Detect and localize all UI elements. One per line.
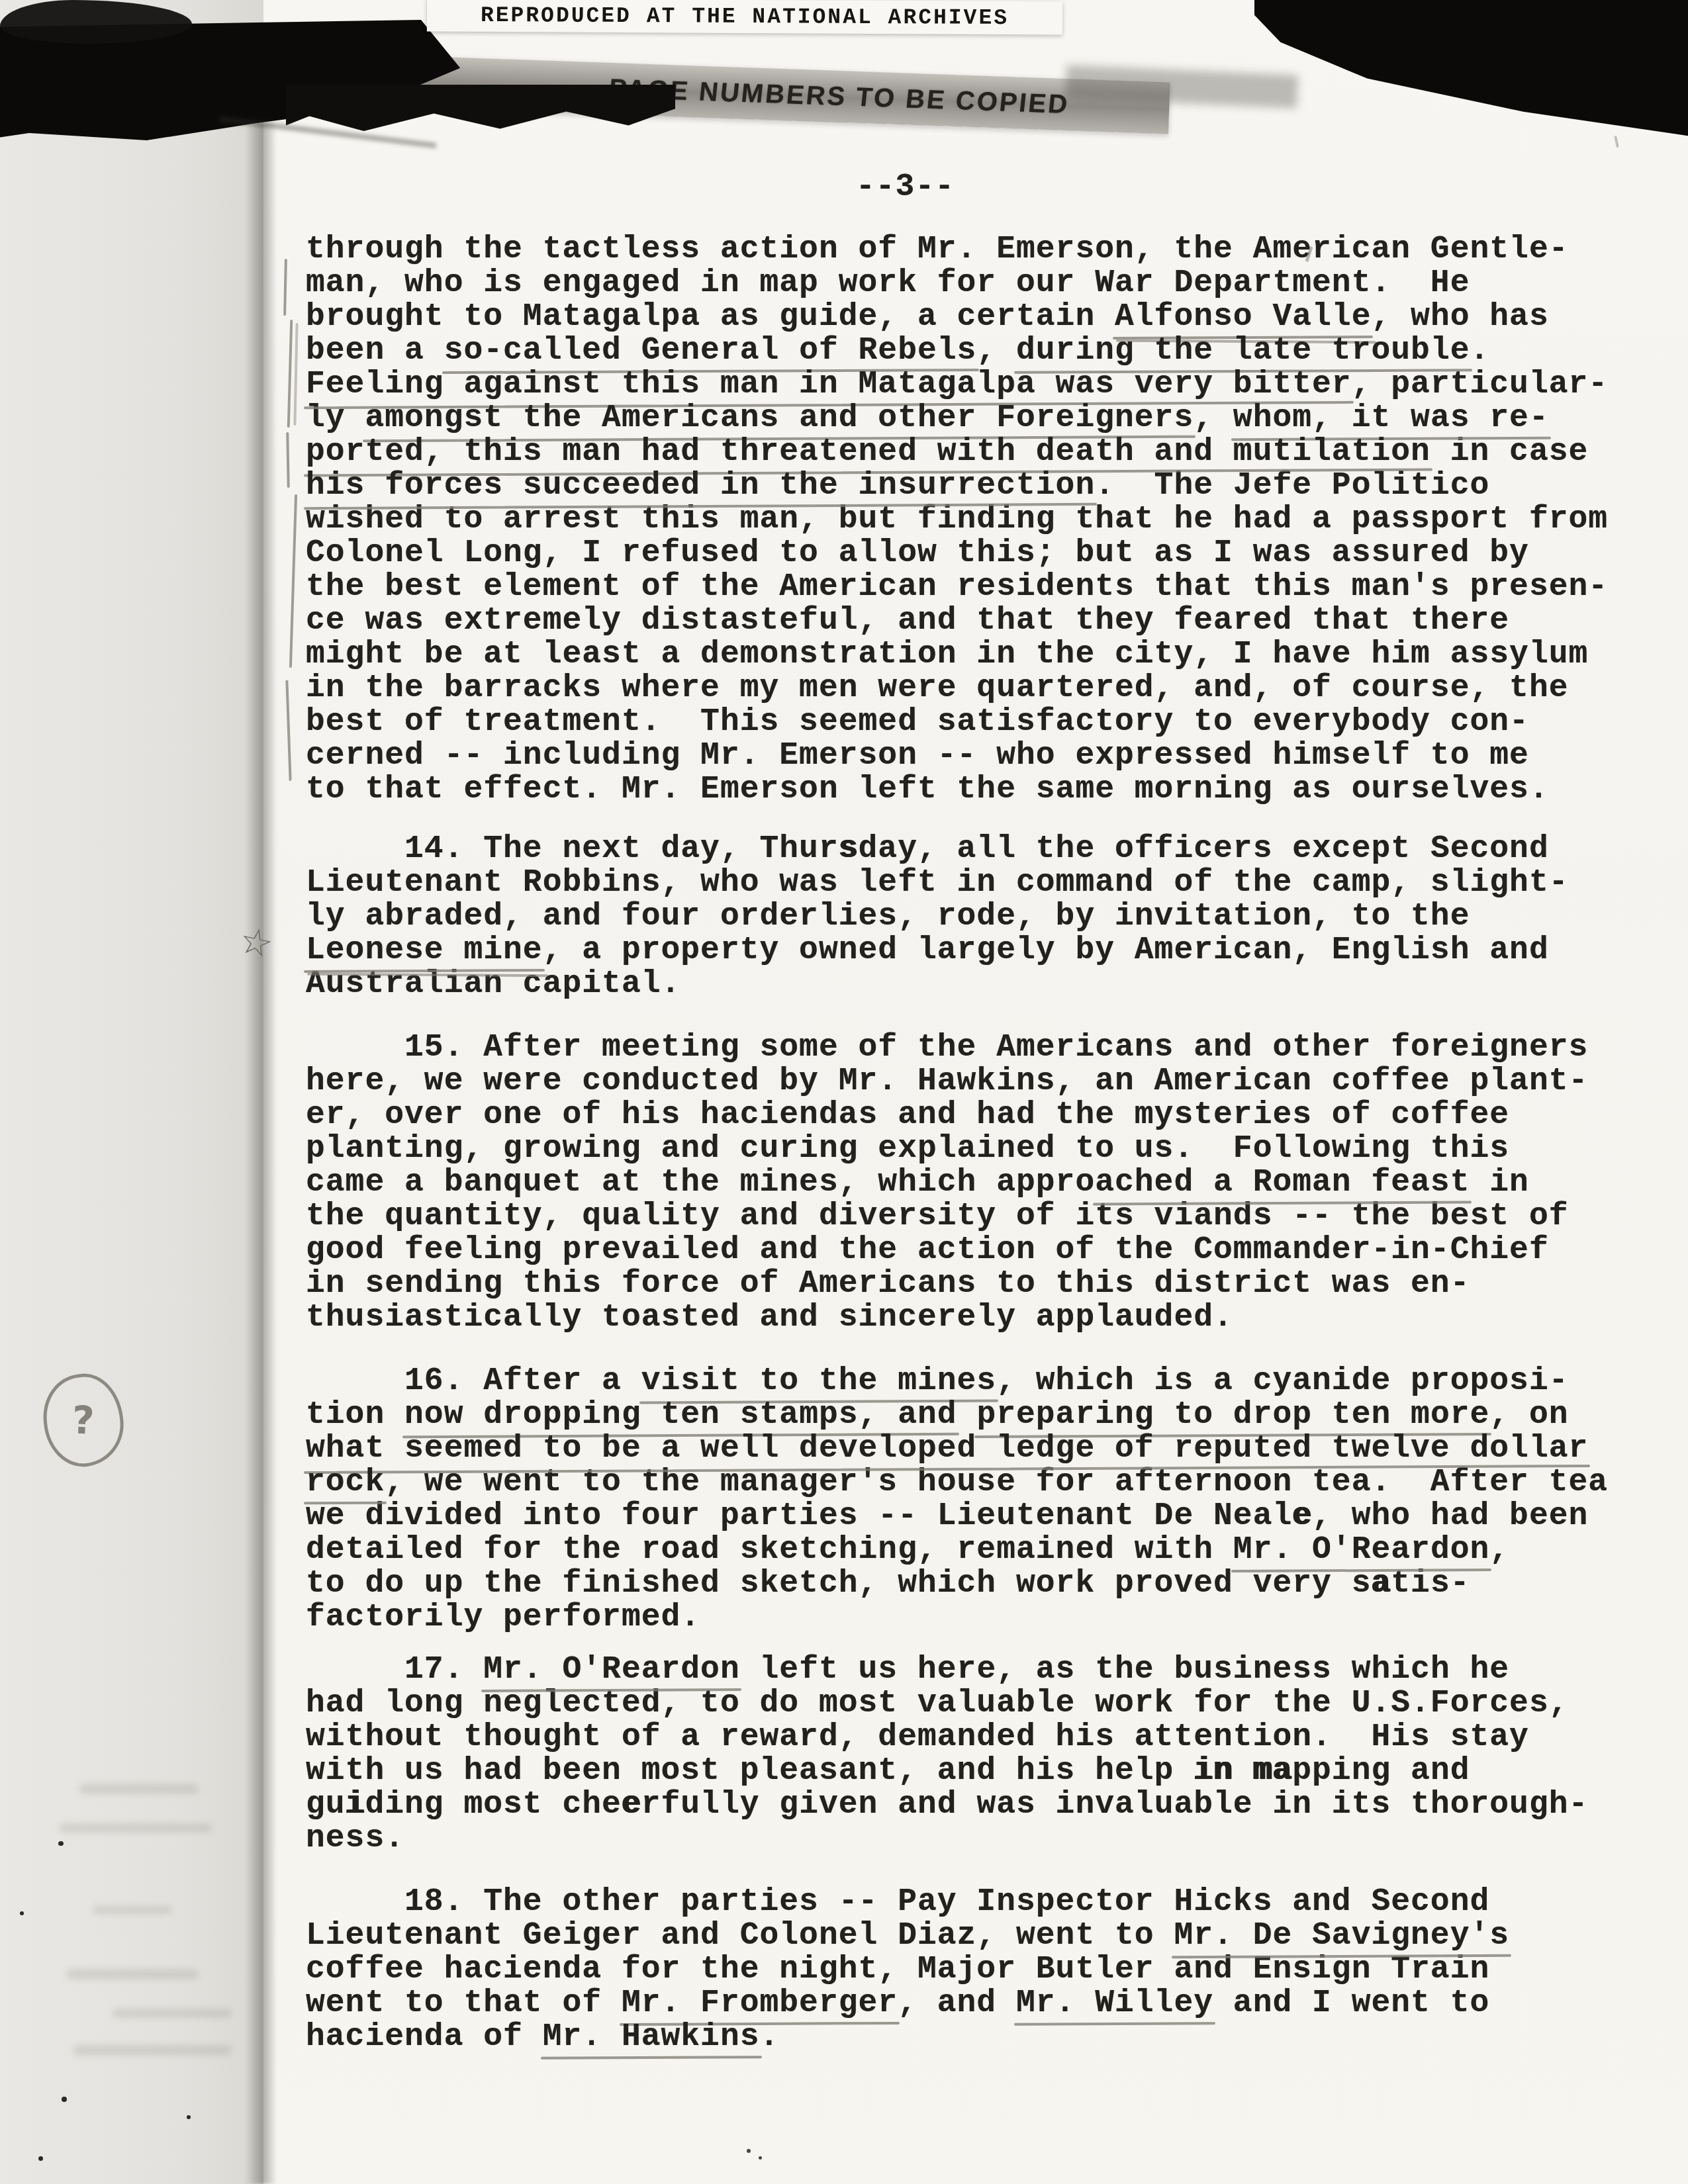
pencil-underlined-text: rock xyxy=(306,1465,385,1500)
text-line: to that effect. Mr. Emerson left the sam… xyxy=(306,773,1636,807)
text-segment: 15. After meeting some of the Americans … xyxy=(306,1030,1588,1066)
pencil-underlined-text: his forces succeeded in the insurrection xyxy=(306,468,1095,504)
text-segment: been a xyxy=(306,333,444,369)
text-line: went to that of Mr. Fromberger, and Mr. … xyxy=(306,1987,1636,2021)
text-segment: 17. xyxy=(306,1652,483,1688)
overstruck-text: s xyxy=(839,831,859,867)
pencil-underlined-text: ached a Roman feast xyxy=(1095,1165,1470,1201)
text-line: in the barracks where my men were quarte… xyxy=(306,672,1636,705)
text-line: Colonel Long, I refused to allow this; b… xyxy=(306,537,1636,570)
text-segment: without thought of a reward, demanded hi… xyxy=(306,1719,1529,1755)
text-segment: gu xyxy=(306,1787,346,1823)
text-line: 17. Mr. O'Reardon left us here, as the b… xyxy=(306,1653,1636,1687)
typed-text: through the tactless action of Mr. Emers… xyxy=(306,233,1636,2054)
bleed-through-smear xyxy=(66,1969,199,1979)
text-line: came a banquet at the mines, which appro… xyxy=(306,1166,1636,1200)
text-segment: , xyxy=(1194,400,1233,436)
overstruck-text: i xyxy=(346,1787,365,1823)
text-segment: . xyxy=(1470,333,1490,369)
text-line: Leonese mine, a property owned largely b… xyxy=(306,934,1636,968)
text-segment: here, we were conducted by Mr. Hawkins, … xyxy=(306,1064,1588,1099)
scan-speck xyxy=(187,2115,191,2119)
pencil-underlined-text: Mr. Fromberger xyxy=(622,1985,898,2021)
text-line: factorily performed. xyxy=(306,1601,1636,1635)
text-segment: left us here, as the business which he xyxy=(740,1652,1509,1688)
pencil-underlined-text: visit to the mines xyxy=(641,1363,996,1399)
text-segment: came a banquet at the mines, which appro xyxy=(306,1165,1095,1201)
text-segment: , and xyxy=(898,1985,1016,2021)
text-segment: brought to Matagalpa as guide, a certain xyxy=(306,299,1115,335)
bleed-through-smear xyxy=(79,1784,199,1794)
pencil-underlined-text: Leonese mine xyxy=(306,933,543,968)
text-segment: 18. The other parties -- Pay Inspector H… xyxy=(306,1884,1489,1920)
text-line: 14. The next day, Thursday, all the offi… xyxy=(306,833,1636,866)
text-segment: Colonel Long, I refused to allow this; b… xyxy=(306,535,1529,571)
text-line: Lieutenant Geiger and Colonel Diaz, went… xyxy=(306,1919,1636,1953)
text-line: ly abraded, and four orderlies, rode, by… xyxy=(306,900,1636,934)
paragraph: 18. The other parties -- Pay Inspector H… xyxy=(306,1886,1636,2054)
paper-edge-shadow xyxy=(245,122,277,2184)
paragraph: 15. After meeting some of the Americans … xyxy=(306,1031,1636,1335)
text-segment: planting, growing and curing explained t… xyxy=(306,1131,1509,1167)
text-line: we divided into four parties -- Lieutena… xyxy=(306,1500,1636,1533)
text-line: to do up the finished sketch, which work… xyxy=(306,1567,1636,1601)
paragraph: 17. Mr. O'Reardon left us here, as the b… xyxy=(306,1653,1636,1856)
pencil-underlined-text: preparing to drop ten more xyxy=(976,1397,1489,1433)
scanned-document-page: PAGE NUMBERS TO BE COPIED REPRODUCED AT … xyxy=(0,0,1688,2184)
text-segment xyxy=(957,1397,977,1433)
scan-speck xyxy=(759,2156,762,2160)
text-segment: rfully given and was invaluable in its t… xyxy=(641,1787,1589,1823)
text-line: 15. After meeting some of the Americans … xyxy=(306,1031,1636,1065)
text-segment: , which is a cyanide proposi- xyxy=(996,1363,1568,1399)
text-segment: , who has xyxy=(1371,299,1548,335)
text-line: planting, growing and curing explained t… xyxy=(306,1132,1636,1166)
text-segment: in sending this force of Americans to th… xyxy=(306,1266,1470,1302)
text-segment: and I went to xyxy=(1213,1985,1489,2021)
text-line: without thought of a reward, demanded hi… xyxy=(306,1721,1636,1754)
text-segment: the best element of the American residen… xyxy=(306,569,1608,605)
pencil-underlined-text: ported, this man had threatened with dea… xyxy=(306,434,1430,470)
text-segment: pping and xyxy=(1292,1753,1470,1789)
text-segment: 16. After a xyxy=(306,1363,641,1399)
page-number: --3-- xyxy=(856,169,955,205)
text-line: Feeling against this man in Matagalpa wa… xyxy=(306,368,1636,402)
bleed-through-smear xyxy=(93,1906,172,1914)
bleed-through-smear xyxy=(73,2045,232,2056)
text-segment: tion xyxy=(306,1397,404,1433)
text-line: ness. xyxy=(306,1822,1636,1856)
scan-speck xyxy=(62,2097,67,2102)
overstruck-text: e xyxy=(622,1787,641,1823)
text-line: through the tactless action of Mr. Emers… xyxy=(306,233,1636,267)
pencil-underlined-text: during the late trouble xyxy=(1016,333,1470,369)
text-segment: ding most che xyxy=(365,1787,621,1823)
text-segment: thusiastically toasted and sincerely app… xyxy=(306,1300,1233,1336)
text-segment: . The Jefe Politico xyxy=(1095,468,1489,504)
text-segment: ce was extremely distasteful, and that t… xyxy=(306,603,1509,639)
text-line: best of treatment. This seemed satisfact… xyxy=(306,705,1636,739)
text-segment: ly abraded, and four orderlies, rode, by… xyxy=(306,899,1470,934)
archives-stamp-label: REPRODUCED AT THE NATIONAL ARCHIVES xyxy=(481,3,1009,30)
text-line: might be at least a demonstration in the… xyxy=(306,638,1636,672)
scan-speck xyxy=(20,1911,24,1915)
paragraph: 14. The next day, Thursday, all the offi… xyxy=(306,833,1636,1001)
text-segment: man, who is engaged in map work for our … xyxy=(306,265,1470,301)
text-segment: 14. The next day, Thur xyxy=(306,831,839,867)
text-line: in sending this force of Americans to th… xyxy=(306,1267,1636,1301)
pencil-underlined-text: Mr. De Savigney's xyxy=(1174,1918,1509,1954)
pencil-underlined-text: Alfonso Valle xyxy=(1115,299,1371,335)
text-line: Lieutenant Robbins, who was left in comm… xyxy=(306,866,1636,900)
text-line: the quantity, quality and diversity of i… xyxy=(306,1200,1636,1234)
text-line: good feeling prevailed and the action of… xyxy=(306,1234,1636,1267)
text-segment: hacienda of xyxy=(306,2019,543,2055)
text-line: what seemed to be a well developed ledge… xyxy=(306,1432,1636,1466)
text-line: er, over one of his haciendas and had th… xyxy=(306,1099,1636,1132)
text-segment: , on xyxy=(1489,1397,1568,1433)
scan-speck xyxy=(58,1841,64,1846)
text-line: ce was extremely distasteful, and that t… xyxy=(306,604,1636,638)
text-segment: best of treatment. This seemed satisfact… xyxy=(306,704,1529,740)
text-line: ly amongst the Americans and other Forei… xyxy=(306,402,1636,435)
question-mark-glyph: ? xyxy=(71,1397,95,1443)
pencil-underlined-text: Mr. Willey xyxy=(1016,1985,1213,2021)
bleed-through-smear xyxy=(113,2009,232,2018)
text-line: 16. After a visit to the mines, which is… xyxy=(306,1365,1636,1398)
text-segment: er, over one of his haciendas and had th… xyxy=(306,1097,1509,1133)
text-segment: Lieutenant Geiger and Colonel Diaz, went… xyxy=(306,1918,1174,1954)
overstruck-text: e xyxy=(1292,1498,1312,1534)
pencil-underlined-text: Mr. O'Reardon xyxy=(483,1652,739,1688)
pencil-underlined-text: what seemed to be a well developed ledge… xyxy=(306,1431,1588,1467)
text-line: 18. The other parties -- Pay Inspector H… xyxy=(306,1886,1636,1919)
text-segment: day, all the officers except Second xyxy=(859,831,1549,867)
text-segment: , who had been xyxy=(1312,1498,1588,1534)
scanner-background xyxy=(0,0,263,2184)
text-line: hacienda of Mr. Hawkins. xyxy=(306,2021,1636,2054)
pencil-underlined-text: Feeling against this man in Matagalpa wa… xyxy=(306,367,1352,402)
text-segment: went to that of xyxy=(306,1985,622,2021)
bleed-through-smear xyxy=(60,1823,212,1833)
text-segment: in xyxy=(1470,1165,1528,1201)
scan-speck xyxy=(38,2156,43,2161)
text-line: guiding most cheerfully given and was in… xyxy=(306,1788,1636,1822)
scan-speck xyxy=(747,2149,751,2153)
text-segment: good feeling prevailed and the action of… xyxy=(306,1232,1549,1268)
pencil-underlined-text: Mr. O'Reardon xyxy=(1233,1532,1489,1568)
text-line: brought to Matagalpa as guide, a certain… xyxy=(306,300,1636,334)
text-line: Australian capital. xyxy=(306,968,1636,1001)
archives-stamp: REPRODUCED AT THE NATIONAL ARCHIVES xyxy=(427,0,1062,35)
text-line: the best element of the American residen… xyxy=(306,570,1636,604)
pencil-underlined-text: so-called General of Rebels xyxy=(444,333,977,369)
text-line: been a so-called General of Rebels, duri… xyxy=(306,334,1636,368)
text-segment: , particular- xyxy=(1352,367,1608,402)
text-line: ported, this man had threatened with dea… xyxy=(306,435,1636,469)
paragraph: through the tactless action of Mr. Emers… xyxy=(306,233,1636,807)
pencil-underlined-text: amongst the Americans and other Foreigne… xyxy=(365,400,1194,436)
text-line: detailed for the road sketching, remaine… xyxy=(306,1533,1636,1567)
text-line: thusiastically toasted and sincerely app… xyxy=(306,1301,1636,1335)
text-line: man, who is engaged in map work for our … xyxy=(306,267,1636,300)
text-segment: to do up the finished sketch, which work… xyxy=(306,1566,1371,1602)
text-line: here, we were conducted by Mr. Hawkins, … xyxy=(306,1065,1636,1099)
text-segment: , xyxy=(1489,1532,1509,1568)
text-segment: to that effect. Mr. Emerson left the sam… xyxy=(306,772,1549,807)
text-line: coffee hacienda for the night, Major But… xyxy=(306,1953,1636,1987)
paragraph: 16. After a visit to the mines, which is… xyxy=(306,1365,1636,1635)
text-segment: with us had been most pleasant, and his … xyxy=(306,1753,1194,1789)
text-segment: might be at least a demonstration in the… xyxy=(306,637,1588,672)
text-segment: cerned -- including Mr. Emerson -- who e… xyxy=(306,738,1529,774)
text-segment: , xyxy=(976,333,1016,369)
text-line: with us had been most pleasant, and his … xyxy=(306,1754,1636,1788)
text-segment: ness. xyxy=(306,1821,404,1856)
text-segment: through the tactless action of Mr. Emers… xyxy=(306,232,1569,267)
text-line: his forces succeeded in the insurrection… xyxy=(306,469,1636,503)
pencil-underlined-text: whom, it was re- xyxy=(1233,400,1549,436)
text-segment: , a property owned largely by American, … xyxy=(543,933,1549,968)
text-segment: detailed for the road sketching, remaine… xyxy=(306,1532,1233,1568)
pencil-underlined-text: Mr. Hawkins xyxy=(543,2019,760,2055)
text-segment: in the barracks where my men were quarte… xyxy=(306,670,1569,706)
text-segment: we divided into four parties -- Lieutena… xyxy=(306,1498,1292,1534)
pencil-underlined-text: now dropping ten stamps, and xyxy=(404,1397,957,1433)
text-segment: factorily performed. xyxy=(306,1600,700,1635)
text-line: cerned -- including Mr. Emerson -- who e… xyxy=(306,739,1636,773)
text-segment: Lieutenant Robbins, who was left in comm… xyxy=(306,865,1569,901)
text-line: tion now dropping ten stamps, and prepar… xyxy=(306,1398,1636,1432)
overstruck-text: in ma xyxy=(1194,1753,1292,1789)
